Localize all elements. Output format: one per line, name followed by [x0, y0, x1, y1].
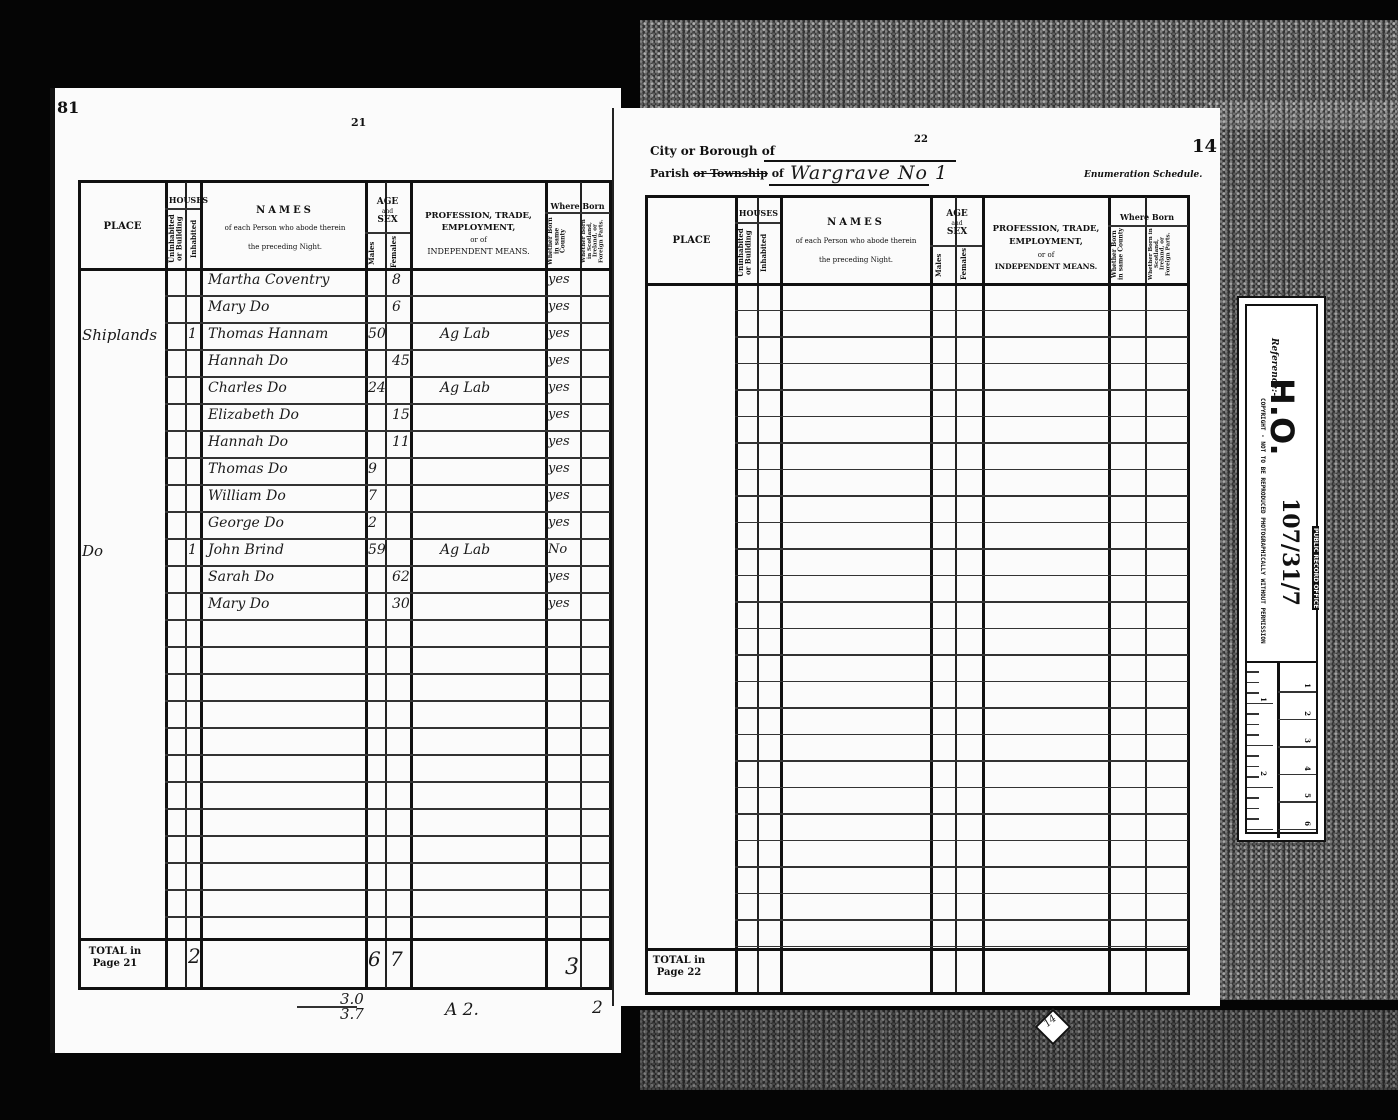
ruler-tick-inch: [1247, 829, 1273, 831]
row-divider: [165, 295, 610, 297]
row-divider: [735, 787, 1188, 789]
header-profession-2-left: EMPLOYMENT,: [412, 223, 545, 234]
header-profession-3-right: or of: [984, 251, 1108, 260]
row-divider: [165, 619, 610, 621]
header-profession-1-right: PROFESSION, TRADE,: [984, 224, 1108, 235]
row-divider: [735, 336, 1188, 338]
row-divider: [165, 754, 610, 756]
header-sex-right: SEX: [932, 227, 982, 238]
ruler-tick-inch: [1247, 797, 1259, 799]
parish-value: Wargrave No 1: [790, 162, 948, 184]
header-names-sub1-right: of each Person who abode therein: [782, 237, 930, 246]
total-row-top: [645, 948, 1188, 951]
header-profession-4-left: INDEPENDENT MEANS.: [412, 247, 545, 257]
cell-male-age: 2: [368, 515, 377, 531]
cell-born-in-county: yes: [548, 380, 570, 395]
header-names-sub2-right: the preceding Night.: [782, 256, 930, 265]
header-names-sub1-left: of each Person who abode therein: [205, 224, 365, 233]
row-divider: [735, 840, 1188, 842]
ruler-tick-inch: [1247, 682, 1259, 684]
ruler-tick-cm: [1278, 801, 1316, 803]
row-divider: [735, 866, 1188, 868]
header-profession-1-left: PROFESSION, TRADE,: [412, 211, 545, 222]
row-divider: [165, 673, 610, 675]
column-divider: [955, 197, 957, 992]
ruler-tick-cm: [1278, 719, 1316, 721]
ruler-label-cm: 2: [1303, 711, 1312, 716]
ruler-tick-inch: [1247, 776, 1259, 778]
row-divider: [735, 813, 1188, 815]
cell-name: Sarah Do: [208, 569, 274, 585]
cell-female-age: 62: [392, 569, 410, 585]
cell-female-age: 45: [392, 353, 410, 369]
cell-female-age: 8: [392, 272, 401, 288]
ruler-tick-inch: [1247, 671, 1259, 673]
parish-label: Parish or Township of: [650, 167, 784, 180]
parish-label-2: of: [772, 167, 784, 180]
row-divider: [735, 707, 1188, 709]
sheet-number: 14: [1192, 136, 1217, 157]
cell-name: Martha Coventry: [208, 272, 329, 288]
ruler-tick-inch: [1247, 818, 1259, 820]
ruler-tick-cm: [1278, 829, 1316, 831]
total-label-line2-right: Page 22: [648, 967, 710, 979]
header-names-left: NAMES: [205, 205, 365, 218]
cell-born-in-county: No: [548, 542, 567, 557]
where-born-divider: [545, 212, 610, 214]
cell-profession: Ag Lab: [440, 326, 490, 342]
cell-name: Charles Do: [208, 380, 287, 396]
reference-series: H.O.: [1263, 378, 1301, 456]
header-bottom: [78, 268, 610, 271]
ruler-tick-inch: [1247, 808, 1259, 810]
row-divider: [165, 349, 610, 351]
cell-place: Shiplands: [82, 326, 157, 344]
scan-background-bottom: [640, 1010, 1398, 1090]
row-divider: [735, 363, 1188, 365]
row-divider: [165, 592, 610, 594]
row-divider: [735, 389, 1188, 391]
header-profession-3-left: or of: [412, 236, 545, 245]
header-females-right: Females: [960, 250, 976, 280]
row-divider: [165, 565, 610, 567]
cell-name: Thomas Hannam: [208, 326, 328, 342]
cell-profession: Ag Lab: [440, 380, 490, 396]
row-divider: [735, 628, 1188, 630]
footnote-mark: A 2.: [445, 1000, 479, 1020]
ruler-label-cm: 6: [1303, 821, 1312, 826]
header-born-county-left: Whether Born in same County: [548, 216, 576, 266]
cell-born-in-county: yes: [548, 569, 570, 584]
row-divider: [165, 808, 610, 810]
row-divider: [165, 484, 610, 486]
row-divider: [735, 442, 1188, 444]
column-divider: [580, 182, 582, 988]
row-divider: [165, 538, 610, 540]
ruler-label-cm: 3: [1303, 738, 1312, 743]
ruler-tick-inch: [1247, 734, 1259, 736]
cell-born-in-county: yes: [548, 353, 570, 368]
footnote-right-mark: 2: [592, 998, 603, 1018]
header-age-right: AGE: [932, 209, 982, 220]
total-row-top: [78, 938, 610, 941]
cell-houses-inhabited: 1: [188, 542, 197, 558]
total-houses-left: 2: [188, 944, 201, 968]
header-inhabited-right: Inhabited: [760, 226, 774, 280]
age-divider: [365, 232, 410, 234]
row-divider: [735, 575, 1188, 577]
ruler-tick-inch: [1247, 713, 1259, 715]
column-divider: [385, 182, 387, 988]
header-born-county-right: Whether Born in same County: [1112, 228, 1142, 280]
ruler-label-cm: 5: [1303, 793, 1312, 798]
cell-born-in-county: yes: [548, 596, 570, 611]
cell-male-age: 9: [368, 461, 377, 477]
total-label-line1: TOTAL in: [80, 946, 150, 958]
cell-name: William Do: [208, 488, 286, 504]
parish-value-line: [769, 184, 929, 186]
header-profession-2-right: EMPLOYMENT,: [984, 237, 1108, 248]
row-divider: [165, 889, 610, 891]
cell-male-age: 50: [368, 326, 386, 342]
row-divider: [735, 654, 1188, 656]
reference-copyright: COPYRIGHT - NOT TO BE REPRODUCED PHOTOGR…: [1259, 398, 1266, 644]
header-place-left: PLACE: [80, 221, 165, 234]
folio-mark: 81: [57, 98, 79, 117]
cell-born-in-county: yes: [548, 515, 570, 530]
header-males-left: Males: [368, 238, 382, 268]
ruler-divider: [1277, 663, 1280, 838]
header-inhabited-left: Inhabited: [190, 212, 200, 266]
row-divider: [735, 681, 1188, 683]
cell-female-age: 6: [392, 299, 401, 315]
row-divider: [165, 430, 610, 432]
column-divider: [930, 197, 933, 992]
header-born-foreign-left: Whether Born in Scotland, Ireland, or Fo…: [582, 216, 608, 266]
where-born-divider: [1108, 225, 1188, 227]
cell-profession: Ag Lab: [440, 542, 490, 558]
column-divider: [185, 182, 187, 988]
column-divider: [1108, 197, 1111, 992]
ruler-tick-inch: [1247, 766, 1259, 768]
ruler-tick-inch: [1247, 755, 1259, 757]
header-uninhabited-left: Uninhabited or Building: [168, 212, 184, 266]
column-divider: [410, 182, 413, 988]
ruler-tick-cm: [1278, 691, 1316, 693]
cell-name: Mary Do: [208, 596, 269, 612]
header-place-right: PLACE: [648, 235, 735, 248]
column-divider: [165, 182, 168, 988]
cell-place: Do: [82, 542, 103, 560]
parish-label-1: Parish: [650, 167, 689, 180]
column-divider: [365, 182, 368, 988]
row-divider: [165, 322, 610, 324]
header-males-right: Males: [935, 250, 951, 280]
column-divider: [982, 197, 985, 992]
header-where-born-right: Where Born: [1108, 212, 1186, 222]
age-divider: [930, 245, 982, 247]
row-divider: [735, 893, 1188, 895]
header-females-left: Females: [390, 238, 404, 268]
header-names-sub2-left: the preceding Night.: [205, 243, 365, 252]
header-sex-left: SEX: [365, 215, 410, 226]
header-uninhabited-right: Uninhabited or Building: [737, 226, 755, 280]
schedule-label: Enumeration Schedule.: [1084, 170, 1202, 180]
row-divider: [165, 835, 610, 837]
column-divider: [735, 197, 738, 992]
cell-male-age: 24: [368, 380, 386, 396]
header-houses-left: HOUSES: [165, 195, 212, 205]
row-divider: [735, 548, 1188, 550]
ruler-tick-inch: [1247, 745, 1273, 747]
header-born-foreign-right: Whether Born in Scotland, Ireland, or Fo…: [1149, 228, 1183, 280]
row-divider: [735, 760, 1188, 762]
row-divider: [165, 511, 610, 513]
ruler-tick-inch: [1247, 692, 1259, 694]
cell-born-in-county: yes: [548, 434, 570, 449]
row-divider: [735, 495, 1188, 497]
row-divider: [735, 522, 1188, 524]
row-divider: [735, 946, 1188, 948]
cell-name: Elizabeth Do: [208, 407, 299, 423]
row-divider: [165, 457, 610, 459]
row-divider: [165, 781, 610, 783]
row-divider: [735, 601, 1188, 603]
total-label-line1-right: TOTAL in: [648, 955, 710, 967]
reference-slip: Reference:- H.O. 107/31/7 COPYRIGHT - NO…: [1237, 296, 1326, 842]
cell-born-in-county: yes: [548, 272, 570, 287]
column-divider: [1145, 197, 1147, 992]
total-label-left: TOTAL in Page 21: [80, 946, 150, 970]
page-number-left: 21: [351, 116, 366, 129]
header-age-left: AGE: [365, 197, 410, 208]
footnote-fraction-bottom: 3.7: [340, 1005, 364, 1023]
total-label-line2: Page 21: [80, 958, 150, 970]
row-divider: [165, 376, 610, 378]
cell-born-in-county: yes: [548, 407, 570, 422]
row-divider: [165, 403, 610, 405]
column-divider: [200, 182, 203, 988]
row-divider: [735, 469, 1188, 471]
cell-born-in-county: yes: [548, 299, 570, 314]
cell-name: John Brind: [208, 542, 284, 558]
cell-female-age: 11: [392, 434, 410, 450]
cell-name: George Do: [208, 515, 284, 531]
header-houses-right: HOUSES: [735, 208, 782, 218]
cell-houses-inhabited: 1: [188, 326, 197, 342]
header-profession-4-right: INDEPENDENT MEANS.: [984, 262, 1108, 271]
cell-name: Mary Do: [208, 299, 269, 315]
row-divider: [165, 727, 610, 729]
total-males-left: 6: [368, 947, 381, 971]
cell-name: Hannah Do: [208, 353, 288, 369]
cell-male-age: 59: [368, 542, 386, 558]
row-divider: [165, 862, 610, 864]
cell-female-age: 30: [392, 596, 410, 612]
total-label-right: TOTAL in Page 22: [648, 955, 710, 979]
row-divider: [735, 734, 1188, 736]
cell-born-in-county: yes: [548, 461, 570, 476]
column-divider: [780, 197, 783, 992]
cell-male-age: 7: [368, 488, 377, 504]
ruler-tick-cm: [1278, 774, 1316, 776]
houses-divider: [735, 222, 780, 224]
ruler-label-inch: 1: [1259, 697, 1268, 702]
cell-name: Hannah Do: [208, 434, 288, 450]
reference-piece: 107/31/7: [1277, 498, 1303, 606]
total-born-foreign-left: 3: [565, 955, 579, 980]
row-divider: [165, 916, 610, 918]
header-names-right: NAMES: [782, 217, 930, 230]
reference-ruler: 12345612: [1247, 661, 1316, 838]
ruler-tick-inch: [1247, 787, 1273, 789]
houses-divider: [165, 208, 200, 210]
cell-female-age: 15: [392, 407, 410, 423]
parish-label-struck: or Township: [693, 167, 768, 180]
ruler-label-cm: 4: [1303, 766, 1312, 771]
census-table-left: [78, 180, 612, 990]
ruler-label-inch: 2: [1259, 771, 1268, 776]
city-label: City or Borough of: [650, 144, 775, 158]
row-divider: [735, 919, 1188, 921]
row-divider: [165, 646, 610, 648]
header-where-born-left: Where Born: [545, 201, 610, 211]
row-divider: [735, 310, 1188, 312]
header-bottom: [645, 283, 1188, 286]
ruler-tick-cm: [1278, 746, 1316, 748]
column-divider: [757, 197, 759, 992]
row-divider: [735, 416, 1188, 418]
cell-born-in-county: yes: [548, 488, 570, 503]
row-divider: [165, 700, 610, 702]
cell-name: Thomas Do: [208, 461, 288, 477]
cell-born-in-county: yes: [548, 326, 570, 341]
ruler-label-cm: 1: [1303, 683, 1312, 688]
ruler-tick-inch: [1247, 703, 1273, 705]
ruler-tick-inch: [1247, 724, 1259, 726]
page-number-right: 22: [914, 134, 928, 145]
total-females-left: 7: [390, 947, 403, 971]
reference-office: PUBLIC RECORD OFFICE: [1312, 526, 1319, 610]
